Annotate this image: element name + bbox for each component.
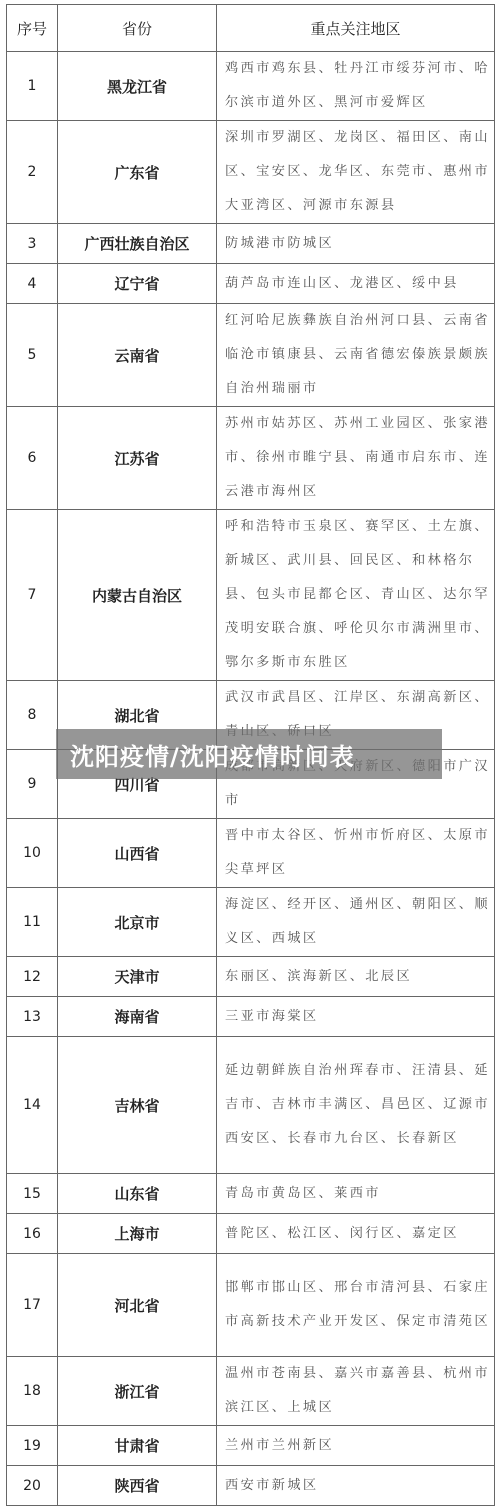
row-focus-areas: 延边朝鲜族自治州珲春市、汪清县、延吉市、吉林市丰满区、昌邑区、辽源市西安区、长春…	[217, 1037, 495, 1174]
row-index: 12	[7, 957, 58, 997]
row-index: 18	[7, 1357, 58, 1426]
table-row: 5云南省红河哈尼族彝族自治州河口县、云南省临沧市镇康县、云南省德宏傣族景颇族自治…	[7, 304, 495, 407]
row-province: 辽宁省	[58, 264, 217, 304]
table-row: 13海南省三亚市海棠区	[7, 997, 495, 1037]
row-index: 7	[7, 510, 58, 681]
row-index: 13	[7, 997, 58, 1037]
table-row: 10山西省晋中市太谷区、忻州市忻府区、太原市尖草坪区	[7, 819, 495, 888]
header-index: 序号	[7, 5, 58, 52]
row-province: 广西壮族自治区	[58, 224, 217, 264]
table-row: 19甘肃省兰州市兰州新区	[7, 1426, 495, 1466]
row-index: 14	[7, 1037, 58, 1174]
table-header-row: 序号 省份 重点关注地区	[7, 5, 495, 52]
header-province: 省份	[58, 5, 217, 52]
row-index: 19	[7, 1426, 58, 1466]
table-row: 16上海市普陀区、松江区、闵行区、嘉定区	[7, 1214, 495, 1254]
row-index: 17	[7, 1254, 58, 1357]
row-focus-areas: 兰州市兰州新区	[217, 1426, 495, 1466]
row-province: 黑龙江省	[58, 52, 217, 121]
table-row: 12天津市东丽区、滨海新区、北辰区	[7, 957, 495, 997]
row-province: 山东省	[58, 1174, 217, 1214]
table-row: 17河北省邯郸市邯山区、邢台市清河县、石家庄市高新技术产业开发区、保定市清苑区	[7, 1254, 495, 1357]
row-focus-areas: 西安市新城区	[217, 1466, 495, 1506]
header-focus-areas: 重点关注地区	[217, 5, 495, 52]
row-index: 10	[7, 819, 58, 888]
row-focus-areas: 邯郸市邯山区、邢台市清河县、石家庄市高新技术产业开发区、保定市清苑区	[217, 1254, 495, 1357]
row-focus-areas: 红河哈尼族彝族自治州河口县、云南省临沧市镇康县、云南省德宏傣族景颇族自治州瑞丽市	[217, 304, 495, 407]
table-row: 15山东省青岛市黄岛区、莱西市	[7, 1174, 495, 1214]
row-province: 天津市	[58, 957, 217, 997]
row-index: 2	[7, 121, 58, 224]
table-row: 18浙江省温州市苍南县、嘉兴市嘉善县、杭州市滨江区、上城区	[7, 1357, 495, 1426]
row-index: 8	[7, 681, 58, 750]
row-focus-areas: 温州市苍南县、嘉兴市嘉善县、杭州市滨江区、上城区	[217, 1357, 495, 1426]
row-province: 江苏省	[58, 407, 217, 510]
row-province: 吉林省	[58, 1037, 217, 1174]
row-province: 云南省	[58, 304, 217, 407]
row-focus-areas: 三亚市海棠区	[217, 997, 495, 1037]
row-province: 北京市	[58, 888, 217, 957]
table-row: 11北京市海淀区、经开区、通州区、朝阳区、顺义区、西城区	[7, 888, 495, 957]
row-province: 河北省	[58, 1254, 217, 1357]
row-focus-areas: 海淀区、经开区、通州区、朝阳区、顺义区、西城区	[217, 888, 495, 957]
row-focus-areas: 防城港市防城区	[217, 224, 495, 264]
row-focus-areas: 苏州市姑苏区、苏州工业园区、张家港市、徐州市睢宁县、南通市启东市、连云港市海州区	[217, 407, 495, 510]
row-province: 内蒙古自治区	[58, 510, 217, 681]
row-province: 陕西省	[58, 1466, 217, 1506]
row-index: 15	[7, 1174, 58, 1214]
table-row: 20陕西省西安市新城区	[7, 1466, 495, 1506]
row-focus-areas: 青岛市黄岛区、莱西市	[217, 1174, 495, 1214]
row-index: 16	[7, 1214, 58, 1254]
row-index: 20	[7, 1466, 58, 1506]
title-overlay-banner: 沈阳疫情/沈阳疫情时间表	[56, 729, 442, 779]
row-province: 海南省	[58, 997, 217, 1037]
table-row: 1黑龙江省鸡西市鸡东县、牡丹江市绥芬河市、哈尔滨市道外区、黑河市爱辉区	[7, 52, 495, 121]
row-index: 6	[7, 407, 58, 510]
row-index: 5	[7, 304, 58, 407]
table-row: 4辽宁省葫芦岛市连山区、龙港区、绥中县	[7, 264, 495, 304]
row-province: 上海市	[58, 1214, 217, 1254]
row-province: 广东省	[58, 121, 217, 224]
row-focus-areas: 深圳市罗湖区、龙岗区、福田区、南山区、宝安区、龙华区、东莞市、惠州市大亚湾区、河…	[217, 121, 495, 224]
row-province: 浙江省	[58, 1357, 217, 1426]
row-focus-areas: 呼和浩特市玉泉区、赛罕区、土左旗、新城区、武川县、回民区、和林格尔县、包头市昆都…	[217, 510, 495, 681]
row-index: 9	[7, 750, 58, 819]
row-province: 甘肃省	[58, 1426, 217, 1466]
row-index: 11	[7, 888, 58, 957]
row-focus-areas: 普陀区、松江区、闵行区、嘉定区	[217, 1214, 495, 1254]
table-row: 14吉林省延边朝鲜族自治州珲春市、汪清县、延吉市、吉林市丰满区、昌邑区、辽源市西…	[7, 1037, 495, 1174]
row-focus-areas: 晋中市太谷区、忻州市忻府区、太原市尖草坪区	[217, 819, 495, 888]
table-row: 2广东省深圳市罗湖区、龙岗区、福田区、南山区、宝安区、龙华区、东莞市、惠州市大亚…	[7, 121, 495, 224]
table-row: 6江苏省苏州市姑苏区、苏州工业园区、张家港市、徐州市睢宁县、南通市启东市、连云港…	[7, 407, 495, 510]
row-focus-areas: 东丽区、滨海新区、北辰区	[217, 957, 495, 997]
row-index: 3	[7, 224, 58, 264]
row-index: 1	[7, 52, 58, 121]
table-row: 3广西壮族自治区防城港市防城区	[7, 224, 495, 264]
row-index: 4	[7, 264, 58, 304]
table-row: 7内蒙古自治区呼和浩特市玉泉区、赛罕区、土左旗、新城区、武川县、回民区、和林格尔…	[7, 510, 495, 681]
row-focus-areas: 鸡西市鸡东县、牡丹江市绥芬河市、哈尔滨市道外区、黑河市爱辉区	[217, 52, 495, 121]
row-province: 山西省	[58, 819, 217, 888]
row-focus-areas: 葫芦岛市连山区、龙港区、绥中县	[217, 264, 495, 304]
overlay-title: 沈阳疫情/沈阳疫情时间表	[56, 737, 355, 772]
